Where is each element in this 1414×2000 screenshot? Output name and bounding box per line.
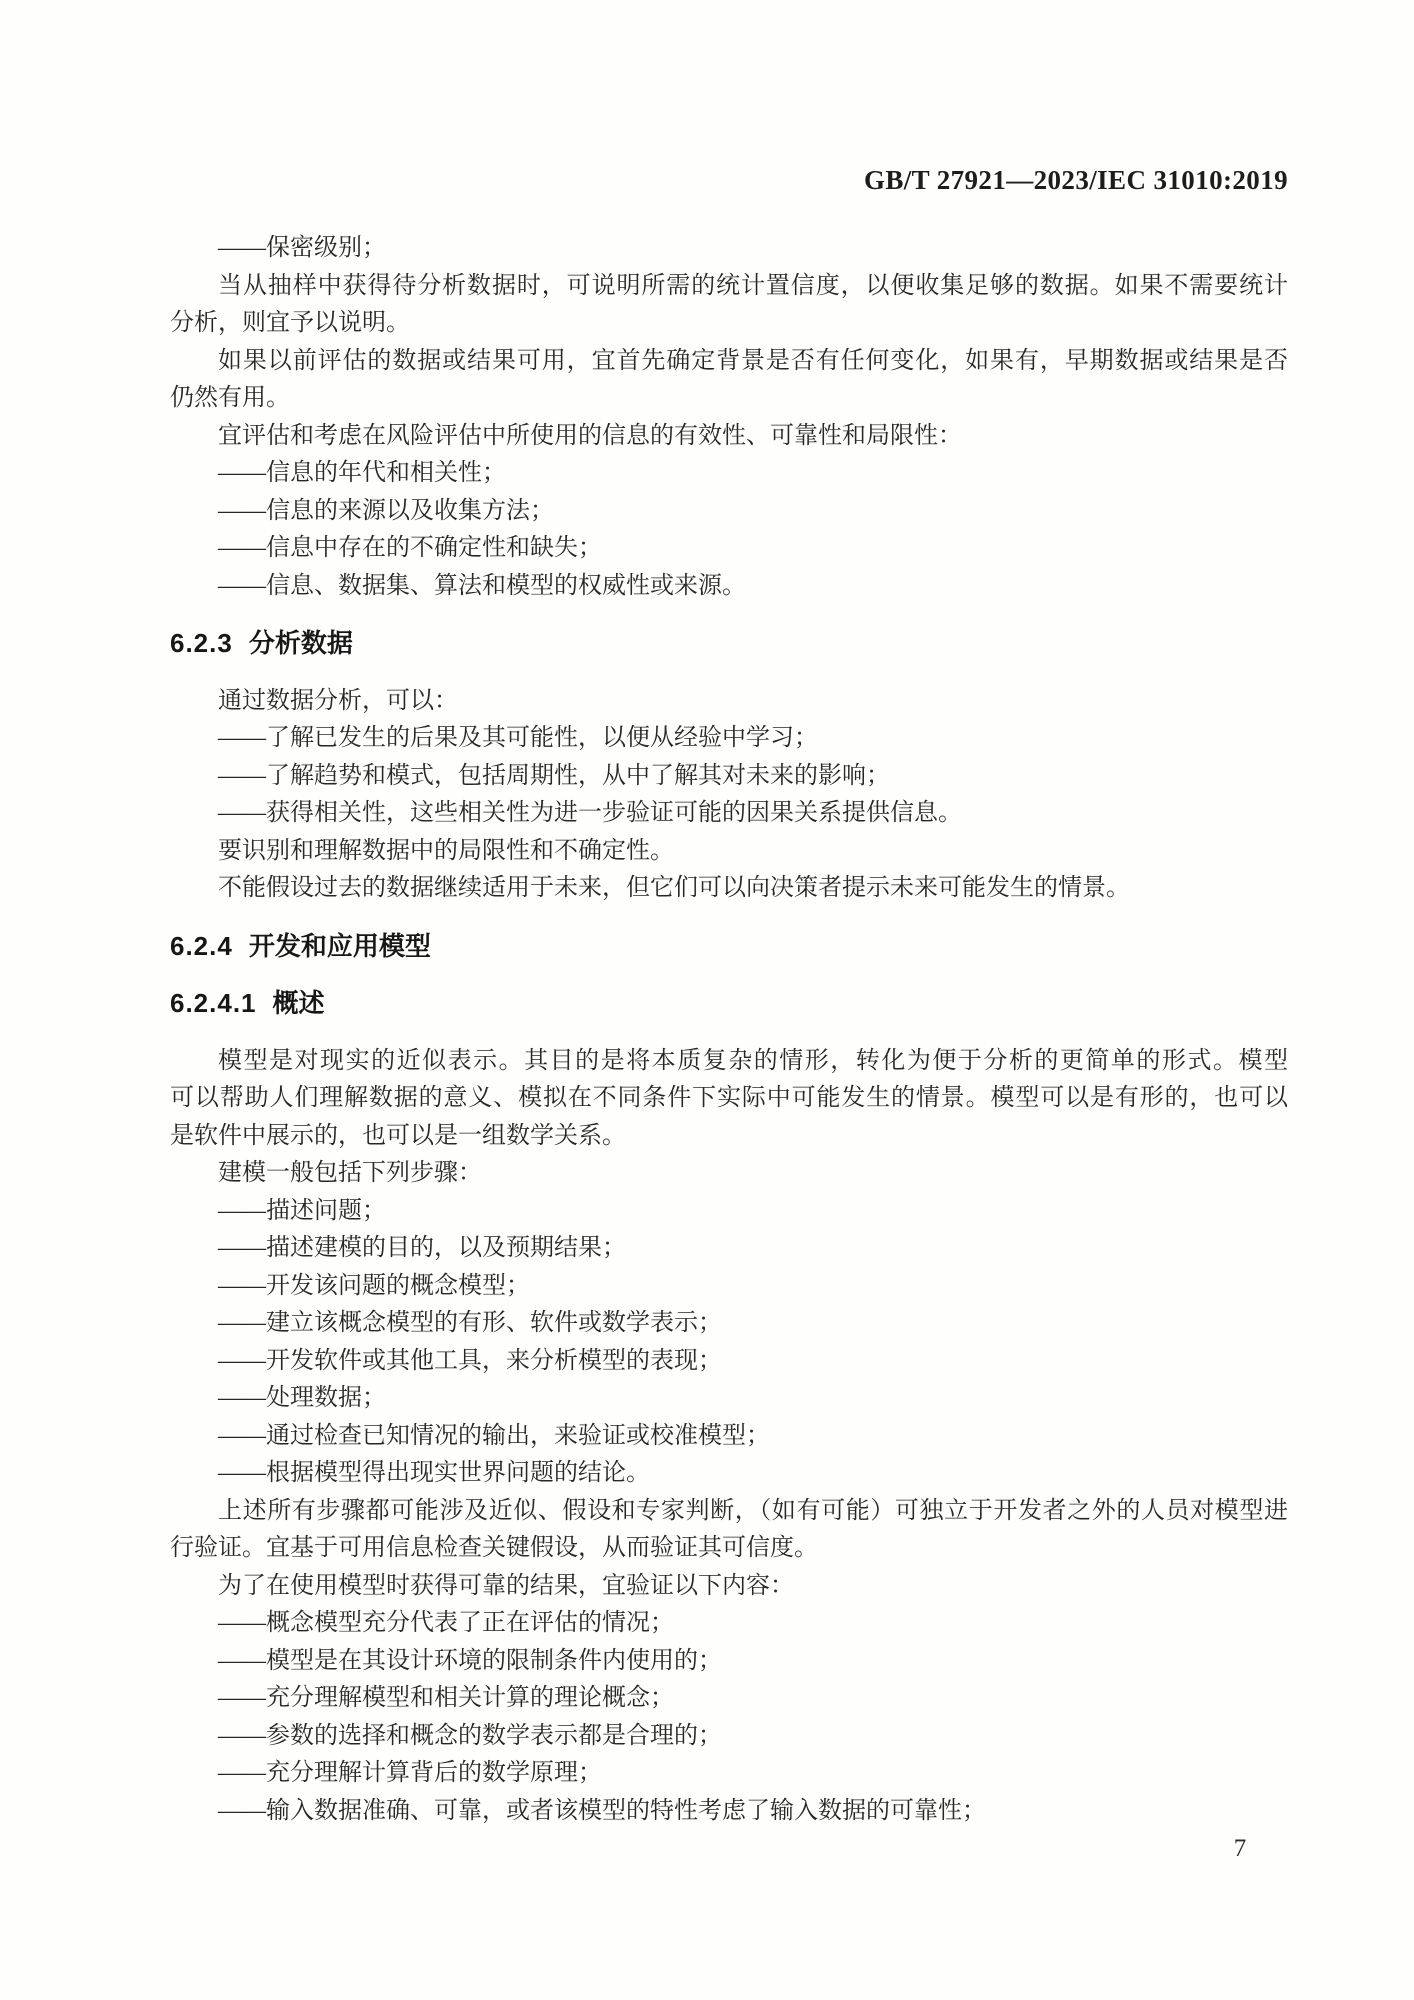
section-number: 6.2.4 xyxy=(170,931,233,961)
text-line: 行验证。宜基于可用信息检查关键假设，从而验证其可信度。 xyxy=(170,1530,1288,1568)
text-line: 分析，则宜予以说明。 xyxy=(170,305,1288,343)
list-item: ——根据模型得出现实世界问题的结论。 xyxy=(170,1455,1288,1493)
paragraph: 通过数据分析，可以： xyxy=(170,683,1288,721)
text-line: 宜评估和考虑在风险评估中所使用的信息的有效性、可靠性和局限性： xyxy=(170,418,1288,456)
paragraph: 建模一般包括下列步骤： xyxy=(170,1155,1288,1193)
list-item: ——了解趋势和模式，包括周期性，从中了解其对未来的影响； xyxy=(170,758,1288,796)
paragraph: 模型是对现实的近似表示。其目的是将本质复杂的情形，转化为便于分析的更简单的形式。… xyxy=(170,1043,1288,1156)
list-item: ——信息、数据集、算法和模型的权威性或来源。 xyxy=(170,568,1288,606)
list-item: ——信息的年代和相关性； xyxy=(170,455,1288,493)
list-item: ——开发软件或其他工具，来分析模型的表现； xyxy=(170,1343,1288,1381)
list-item: ——描述建模的目的，以及预期结果； xyxy=(170,1230,1288,1268)
page-body: ——保密级别； 当从抽样中获得待分析数据时，可说明所需的统计置信度，以便收集足够… xyxy=(170,230,1288,1830)
list-item: ——概念模型充分代表了正在评估的情况； xyxy=(170,1605,1288,1643)
list-item: ——信息的来源以及收集方法； xyxy=(170,493,1288,531)
text-line: 当从抽样中获得待分析数据时，可说明所需的统计置信度，以便收集足够的数据。如果不需… xyxy=(170,268,1288,306)
text-line: 通过数据分析，可以： xyxy=(170,683,1288,721)
text-line: 模型是对现实的近似表示。其目的是将本质复杂的情形，转化为便于分析的更简单的形式。… xyxy=(170,1043,1288,1081)
section-heading: 6.2.3分析数据 xyxy=(170,625,1288,663)
text-line: 不能假设过去的数据继续适用于未来，但它们可以向决策者提示未来可能发生的情景。 xyxy=(170,870,1288,908)
text-line: 为了在使用模型时获得可靠的结果，宜验证以下内容： xyxy=(170,1568,1288,1606)
list-item: ——信息中存在的不确定性和缺失； xyxy=(170,530,1288,568)
paragraph: 宜评估和考虑在风险评估中所使用的信息的有效性、可靠性和局限性： xyxy=(170,418,1288,456)
document-page: GB/T 27921—2023/IEC 31010:2019 ——保密级别； 当… xyxy=(0,0,1414,2000)
paragraph: 上述所有步骤都可能涉及近似、假设和专家判断，（如有可能）可独立于开发者之外的人员… xyxy=(170,1493,1288,1568)
page-number: 7 xyxy=(1210,1830,1270,1868)
text-line: 要识别和理解数据中的局限性和不确定性。 xyxy=(170,833,1288,871)
list-item: ——通过检查已知情况的输出，来验证或校准模型； xyxy=(170,1418,1288,1456)
text-line: 仍然有用。 xyxy=(170,380,1288,418)
section-title: 概述 xyxy=(273,988,325,1018)
section-heading: 6.2.4.1概述 xyxy=(170,985,1288,1023)
list-item: ——建立该概念模型的有形、软件或数学表示； xyxy=(170,1305,1288,1343)
list-item: ——参数的选择和概念的数学表示都是合理的； xyxy=(170,1718,1288,1756)
text-line: 建模一般包括下列步骤： xyxy=(170,1155,1288,1193)
list-item: ——描述问题； xyxy=(170,1193,1288,1231)
section-number: 6.2.4.1 xyxy=(170,988,257,1018)
text-line: 可以帮助人们理解数据的意义、模拟在不同条件下实际中可能发生的情景。模型可以是有形… xyxy=(170,1080,1288,1118)
list-item: ——模型是在其设计环境的限制条件内使用的； xyxy=(170,1643,1288,1681)
paragraph: 如果以前评估的数据或结果可用，宜首先确定背景是否有任何变化，如果有，早期数据或结… xyxy=(170,343,1288,418)
running-header: GB/T 27921—2023/IEC 31010:2019 xyxy=(170,164,1288,196)
paragraph: 不能假设过去的数据继续适用于未来，但它们可以向决策者提示未来可能发生的情景。 xyxy=(170,870,1288,908)
text-line: 如果以前评估的数据或结果可用，宜首先确定背景是否有任何变化，如果有，早期数据或结… xyxy=(170,343,1288,381)
paragraph: 当从抽样中获得待分析数据时，可说明所需的统计置信度，以便收集足够的数据。如果不需… xyxy=(170,268,1288,343)
list-item: ——获得相关性，这些相关性为进一步验证可能的因果关系提供信息。 xyxy=(170,795,1288,833)
list-item: ——充分理解模型和相关计算的理论概念； xyxy=(170,1680,1288,1718)
list-item: ——充分理解计算背后的数学原理； xyxy=(170,1755,1288,1793)
list-item: ——处理数据； xyxy=(170,1380,1288,1418)
paragraph: 要识别和理解数据中的局限性和不确定性。 xyxy=(170,833,1288,871)
section-title: 开发和应用模型 xyxy=(249,931,431,961)
text-line: 上述所有步骤都可能涉及近似、假设和专家判断，（如有可能）可独立于开发者之外的人员… xyxy=(170,1493,1288,1531)
list-item: ——了解已发生的后果及其可能性，以便从经验中学习； xyxy=(170,720,1288,758)
section-number: 6.2.3 xyxy=(170,628,233,658)
text-line: 是软件中展示的，也可以是一组数学关系。 xyxy=(170,1118,1288,1156)
list-item: ——输入数据准确、可靠，或者该模型的特性考虑了输入数据的可靠性； xyxy=(170,1793,1288,1831)
section-heading: 6.2.4开发和应用模型 xyxy=(170,928,1288,966)
list-item: ——保密级别； xyxy=(170,230,1288,268)
list-item: ——开发该问题的概念模型； xyxy=(170,1268,1288,1306)
paragraph: 为了在使用模型时获得可靠的结果，宜验证以下内容： xyxy=(170,1568,1288,1606)
section-title: 分析数据 xyxy=(249,628,353,658)
